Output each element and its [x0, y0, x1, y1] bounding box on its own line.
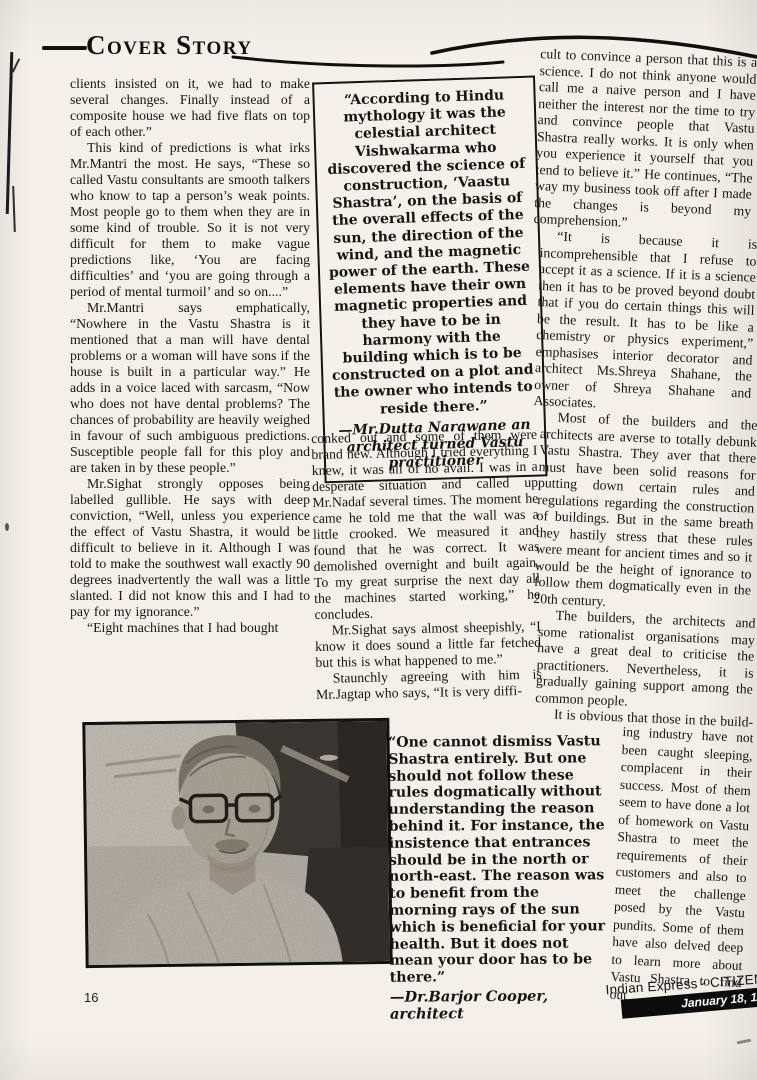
paragraph: This kind of predictions is what irks Mr… — [70, 140, 310, 300]
architect-portrait-photo — [82, 718, 392, 968]
magazine-page: Cover Story clients insisted on it, we h… — [0, 0, 757, 1080]
paragraph-continuation: ing industry have not been caught sleepi… — [609, 723, 754, 1009]
cooper-quote: “One cannot dismiss Vastu Shastra entire… — [388, 733, 612, 1022]
binding-dot — [5, 523, 9, 531]
paragraph: Mr.Mantri says emphatically, “Nowhere in… — [70, 300, 310, 476]
paragraph: “It is because it is incomprehensible th… — [533, 228, 757, 418]
article-column-left: clients insisted on it, we had to make s… — [70, 76, 310, 636]
paragraph: clients insisted on it, we had to make s… — [70, 76, 310, 140]
paragraph: Most of the builders and the architects … — [533, 409, 757, 616]
pull-quote-text: “According to Hindu mythology it was the… — [321, 87, 536, 420]
cooper-quote-text: “One cannot dismiss Vastu Shastra entire… — [388, 733, 612, 986]
paragraph: The builders, the architects and some ra… — [535, 607, 756, 715]
paragraph: Mr.Sighat strongly opposes being labelle… — [70, 476, 310, 620]
paragraph: conked out and some of them were brand n… — [311, 427, 541, 623]
binding-line — [12, 186, 16, 232]
scan-corner-mark — [737, 1039, 751, 1045]
cooper-quote-attribution: —Dr.Barjor Cooper, architect — [390, 987, 612, 1023]
paragraph: cult to convince a person that this is a… — [533, 46, 757, 236]
page-title: Cover Story — [86, 30, 253, 61]
paragraph: Mr.Sighat says almost sheepishly, “I kno… — [315, 619, 542, 671]
paragraph: Staunchly agreeing with him is Mr.Jagtap… — [316, 667, 543, 703]
portrait-illustration — [85, 721, 389, 965]
article-column-center: conked out and some of them were brand n… — [311, 427, 542, 703]
page-number: 16 — [84, 990, 98, 1005]
pull-quote-box: “According to Hindu mythology it was the… — [312, 75, 547, 483]
paragraph: “Eight machines that I had bought — [70, 620, 310, 636]
